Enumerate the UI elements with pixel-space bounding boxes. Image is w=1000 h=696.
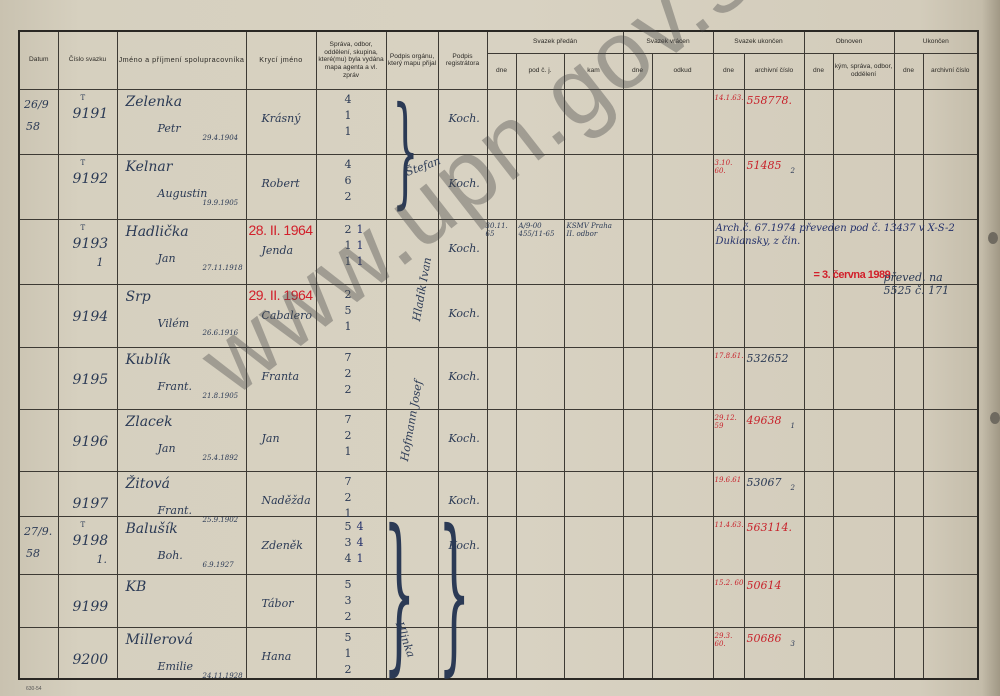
table-cell [923,347,978,409]
table-cell [833,154,894,219]
cover-name: Jan [262,432,280,445]
table-cell: Koch. [438,284,487,347]
birth-date: 19.9.1905 [203,199,239,207]
first-name: Frant. [158,380,192,393]
table-cell: Hana [246,627,316,679]
cover-name: Cabalero [262,309,312,322]
first-name: Emilie [158,660,194,673]
table-cell: Kelnar Augustin 19.9.1905 [117,154,246,219]
table-row: 9199 KB Tábor5 3 2 15.2. 60 50614 [19,574,978,627]
registrar-signature: Koch. [449,432,480,445]
table-cell: 19.6.61 [713,471,744,516]
sub-predan-dne: dne [487,53,516,89]
predan-cj: A/9-00 455/11-65 [519,222,565,238]
table-cell [487,347,516,409]
svazek-number: 9196 [73,434,109,450]
table-cell: T 9191 [58,89,117,154]
table-cell [19,154,58,219]
note-stamp: = 3. června 1989 [814,269,891,281]
table-cell [487,471,516,516]
birth-date: 29.4.1904 [203,134,239,142]
cover-name: Tábor [262,597,294,610]
table-cell: Naděžda [246,471,316,516]
sub-vracen-odkud: odkud [652,53,713,89]
table-cell [804,516,833,574]
table-cell [804,284,833,347]
table-cell: T 9198 1. [58,516,117,574]
punch-hole [990,412,1000,424]
table-cell: Tábor [246,574,316,627]
table-cell: 5 3 4 4 4 1 [316,516,386,574]
table-cell: 53067 2 [744,471,804,516]
table-cell: Srp Vilém 26.6.1916 [117,284,246,347]
table-cell: A/9-00 455/11-65 [516,219,564,284]
sprava-values: 5 3 4 [345,519,352,567]
table-cell: 30.11. 65 [487,219,516,284]
birth-date: 21.8.1905 [203,392,239,400]
ukoncen-date: 3.10. 60. [715,159,745,175]
table-cell: 532652 [744,347,804,409]
brace-icon: } [438,508,470,678]
table-cell [623,516,652,574]
ledger-page: Datum Číslo svazku Jméno a příjmení spol… [0,0,1000,696]
table-cell: 17.8.61. [713,347,744,409]
table-cell: 563114. [744,516,804,574]
table-cell [652,627,713,679]
date-stamp: 28. II. 1964 [249,222,313,238]
sprava-values-2: 4 4 1 [357,519,364,567]
note-transfer: převed. na 5525 č. 171 [884,271,974,297]
table-cell: KSMV Praha II. odbor [564,219,623,284]
svazek-number: 9193 [73,236,109,252]
table-cell [744,284,804,347]
surname: Hadlička [126,224,189,240]
table-cell [516,471,564,516]
type-mark: T [81,94,86,102]
table-cell: 9194 [58,284,117,347]
table-cell: Hadlička Jan 27.11.1918 [117,219,246,284]
ukoncen-date: 29.3. 60. [715,632,745,648]
sub-ukoncen-archivni: archivní číslo [744,53,804,89]
col-datum: Datum [19,31,58,89]
table-cell [894,409,923,471]
col-jmeno: Jméno a příjmení spolupracovníka [117,31,246,89]
table-cell [623,471,652,516]
table-cell [623,347,652,409]
table-cell [487,516,516,574]
table-cell [623,284,652,347]
table-cell: KB [117,574,246,627]
form-code: 630-54 [26,686,42,692]
table-cell [833,627,894,679]
table-cell [923,89,978,154]
archive-number: 53067 [747,476,782,489]
birth-date: 27.11.1918 [203,264,243,272]
table-cell: 5 3 2 [316,574,386,627]
birth-date: 24.11.1928 [203,672,243,680]
table-cell: 2 5 1 [316,284,386,347]
table-cell [623,89,652,154]
table-cell: Balušík Boh. 6.9.1927 [117,516,246,574]
datum-date: 26/9 [24,98,49,111]
predan-kam: KSMV Praha II. odbor [567,222,619,238]
table-cell: Zdeněk [246,516,316,574]
table-cell [894,154,923,219]
svazek-number: 9200 [73,652,109,668]
table-cell [923,154,978,219]
table-row: 26/9 58T 9191 Zelenka Petr 29.4.1904 Krá… [19,89,978,154]
table-cell [804,347,833,409]
archive-number: 532652 [747,352,789,365]
first-name: Frant. [158,504,192,517]
birth-date: 6.9.1927 [203,561,234,569]
table-cell [19,409,58,471]
table-cell [804,409,833,471]
surname: Kelnar [126,159,173,175]
svazek-number: 9198 [73,533,109,549]
registrar-signature: Koch. [449,242,480,255]
table-cell [804,574,833,627]
table-cell: Zelenka Petr 29.4.1904 [117,89,246,154]
datum-date: 27/9. [24,525,52,538]
table-cell: 15.2. 60 [713,574,744,627]
cover-name: Naděžda [262,494,311,507]
first-name: Vilém [158,317,190,330]
table-cell [564,89,623,154]
table-cell: Žitová Frant. 25.9.1902 [117,471,246,516]
table-cell [833,574,894,627]
group-svazek-ukoncen: Svazek ukončen [713,31,804,53]
type-mark: T [81,159,86,167]
table-cell: 49638 1 [744,409,804,471]
table-cell [564,574,623,627]
datum-year: 58 [26,120,40,133]
table-row: 9194 Srp Vilém 26.6.191629. II. 1964 Cab… [19,284,978,347]
sub-vracen-dne: dne [623,53,652,89]
table-cell [487,284,516,347]
table-cell: 5 1 2 [316,627,386,679]
table-cell [744,219,804,284]
table-cell [894,471,923,516]
table-cell: T 9193 1 [58,219,117,284]
sprava-values: 2 1 1 [345,222,352,270]
ukoncen-date: 29.12. 59 [715,414,745,430]
table-cell: Zlacek Jan 25.4.1892 [117,409,246,471]
table-cell [19,284,58,347]
birth-date: 26.6.1916 [203,329,239,337]
datum-year: 58 [26,547,40,560]
table-cell: 558778. [744,89,804,154]
table-cell: 4 6 2 [316,154,386,219]
table-cell [564,154,623,219]
cover-name: Krásný [262,112,301,125]
surname: Žitová [126,476,171,492]
type-mark: T [81,224,86,232]
archive-number: 50614 [747,579,782,592]
table-cell: 29.3. 60. [713,627,744,679]
table-cell [804,89,833,154]
registrar-signature: Koch. [449,112,480,125]
table-cell [623,409,652,471]
table-cell [894,574,923,627]
table-cell: 50686 3 [744,627,804,679]
table-row: 9196 Zlacek Jan 25.4.1892 Jan7 2 1 Koch.… [19,409,978,471]
table-cell: 4 1 1 [316,89,386,154]
table-row: T 9192 Kelnar Augustin 19.9.1905 Robert4… [19,154,978,219]
table-cell: Koch. [438,409,487,471]
cover-name: Robert [262,177,300,190]
table-cell [623,627,652,679]
table-cell: Robert [246,154,316,219]
type-mark: T [81,521,86,529]
table-cell [652,284,713,347]
table-cell: 9196 [58,409,117,471]
table-cell [923,627,978,679]
surname: Kublík [126,352,172,368]
ukoncen-date: 19.6.61 [715,476,745,484]
archive-suffix: 2 [791,167,795,175]
table-cell [652,154,713,219]
predan-date: 30.11. 65 [486,222,516,238]
ukoncen-date: 14.1.63. [715,94,745,102]
archive-number: 563114. [747,521,793,534]
archive-number: 51485 [747,159,782,172]
table-cell: 7 2 2 [316,347,386,409]
table-row: 9195 Kublík Frant. 21.8.1905 Franta7 2 2… [19,347,978,409]
table-cell: Kublík Frant. 21.8.1905 [117,347,246,409]
first-name: Boh. [158,549,183,562]
table-cell [804,627,833,679]
table-cell: Koch. [438,154,487,219]
first-name: Augustin [158,187,208,200]
svazek-number: 9191 [73,106,109,122]
surname: Zlacek [126,414,173,430]
table-cell [652,409,713,471]
table-cell [652,347,713,409]
registry-table: Datum Číslo svazku Jméno a příjmení spol… [18,30,979,680]
table-cell [564,347,623,409]
table-cell: Koch. [438,219,487,284]
table-cell [894,516,923,574]
table-cell: Koch. [438,89,487,154]
table-cell: 27/9. 58 [19,516,58,574]
table-row: 9200 Millerová Emilie 24.11.1928 Hana5 1… [19,627,978,679]
brace-icon: } [392,92,419,212]
table-cell [516,284,564,347]
table-cell [19,627,58,679]
table-cell: 51485 2 [744,154,804,219]
table-cell [923,574,978,627]
table-cell: 9200 [58,627,117,679]
cover-name: Franta [262,370,300,383]
table-cell [487,627,516,679]
cover-name: Zdeněk [262,539,303,552]
table-cell [833,409,894,471]
surname: KB [126,579,147,595]
table-cell: 7 2 1 [316,471,386,516]
table-cell [516,154,564,219]
table-cell [516,516,564,574]
surname: Millerová [126,632,193,648]
table-cell: 14.1.63. [713,89,744,154]
sprava-values: 4 1 1 [345,92,352,140]
sprava-values: 7 2 2 [345,350,352,398]
sub-ukoncen-dne: dne [713,53,744,89]
archive-suffix: 3 [791,640,795,648]
table-cell: 50614 [744,574,804,627]
sprava-values: 7 2 1 [345,474,352,522]
punch-hole [988,232,998,244]
table-cell: T 9192 [58,154,117,219]
archive-number: 558778. [747,94,793,107]
col-podpis-organu: Podpis orgánu, který mapu přijal [386,31,438,89]
ukoncen-date: 15.2. 60 [715,579,745,587]
table-cell [516,574,564,627]
svazek-number: 9195 [73,372,109,388]
surname: Balušík [126,521,178,537]
table-cell: 28. II. 1964 Jenda [246,219,316,284]
table-cell: Millerová Emilie 24.11.1928 [117,627,246,679]
cover-name: Hana [262,650,292,663]
archive-suffix: 1 [791,422,795,430]
sprava-values-2: 1 1 1 [357,222,364,270]
table-cell [19,471,58,516]
table-cell [516,409,564,471]
table-cell: 2 1 1 1 1 1 [316,219,386,284]
table-cell [564,627,623,679]
date-stamp: 29. II. 1964 [249,287,313,303]
sub-ukoncen2-dne: dne [894,53,923,89]
table-cell [833,516,894,574]
table-cell [923,471,978,516]
svazek-sub: 1 [97,256,104,269]
registrar-signature: Koch. [449,307,480,320]
sub-ukoncen2-archivni: archivní číslo [923,53,978,89]
table-cell [652,574,713,627]
table-cell: Franta [246,347,316,409]
group-svazek-vracen: Svazek vrácen [623,31,713,53]
table-cell [516,89,564,154]
table-cell: 11.4.63. [713,516,744,574]
col-cislo-svazku: Číslo svazku [58,31,117,89]
archive-suffix: 2 [791,484,795,492]
surname: Srp [126,289,151,305]
svazek-sub: 1. [97,553,108,566]
table-cell [652,89,713,154]
table-cell [487,154,516,219]
table-cell [564,471,623,516]
table-cell [833,471,894,516]
table-cell: 9197 [58,471,117,516]
svazek-number: 9192 [73,171,109,187]
sub-predan-cj: pod č. j. [516,53,564,89]
table-row: 9197 Žitová Frant. 25.9.1902 Naděžda7 2 … [19,471,978,516]
table-cell [623,154,652,219]
table-cell [804,154,833,219]
table-cell [516,627,564,679]
table-cell [652,516,713,574]
table-cell: 26/9 58 [19,89,58,154]
svazek-number: 9197 [73,496,109,512]
col-sprava: Správa, odbor, oddělení, skupina, které(… [316,31,386,89]
table-cell: 9195 [58,347,117,409]
table-cell [652,219,713,284]
table-cell [833,347,894,409]
table-cell [487,409,516,471]
table-cell [19,219,58,284]
table-cell: 29.12. 59 [713,409,744,471]
table-cell [923,409,978,471]
surname: Zelenka [126,94,183,110]
table-cell [833,89,894,154]
registrar-signature: Koch. [449,370,480,383]
first-name: Petr [158,122,181,135]
table-cell: Koch. [438,347,487,409]
table-cell [516,347,564,409]
sub-obnoven-dne: dne [804,53,833,89]
archive-number: 50686 [747,632,782,645]
svazek-number: 9199 [73,599,109,615]
sub-obnoven-kym: kým, správa, odbor, oddělení [833,53,894,89]
cover-name: Jenda [262,244,294,257]
table-cell: 29. II. 1964 Cabalero [246,284,316,347]
table-cell: 9199 [58,574,117,627]
col-kryci-jmeno: Krycí jméno [246,31,316,89]
archive-number: 49638 [747,414,782,427]
table-cell [487,574,516,627]
first-name: Jan [158,252,176,265]
group-obnoven: Obnoven [804,31,894,53]
svazek-number: 9194 [73,309,109,325]
sprava-values: 5 1 2 [345,630,352,678]
sprava-values: 2 5 1 [345,287,352,335]
table-cell [564,284,623,347]
birth-date: 25.4.1892 [203,454,239,462]
registrar-signature: Koch. [449,177,480,190]
table-cell [804,471,833,516]
table-cell [19,574,58,627]
group-svazek-predan: Svazek předán [487,31,623,53]
group-ukoncen: Ukončen [894,31,978,53]
col-podpis-registratora: Podpis registrátora [438,31,487,89]
table-cell [652,471,713,516]
first-name: Jan [158,442,176,455]
sub-predan-kam: kam [564,53,623,89]
table-cell [894,347,923,409]
table-cell [487,89,516,154]
page-edge-shadow [982,0,1000,696]
table-cell: 7 2 1 [316,409,386,471]
sprava-values: 7 2 1 [345,412,352,460]
table-cell: Arch.č. 67.1974 převeden pod č. 13437 v … [713,219,744,284]
sprava-values: 4 6 2 [345,157,352,205]
sprava-values: 5 3 2 [345,577,352,625]
ukoncen-date: 17.8.61. [715,352,745,360]
table-cell [19,347,58,409]
table-cell [713,284,744,347]
table-cell [923,516,978,574]
table-cell: 3.10. 60. [713,154,744,219]
table-cell [564,409,623,471]
table-row: 27/9. 58T 9198 1.Balušík Boh. 6.9.1927 Z… [19,516,978,574]
table-cell [894,627,923,679]
table-cell: Jan [246,409,316,471]
table-cell [623,219,652,284]
table-cell [623,574,652,627]
table-cell [894,89,923,154]
ukoncen-date: 11.4.63. [715,521,745,529]
table-cell [564,516,623,574]
